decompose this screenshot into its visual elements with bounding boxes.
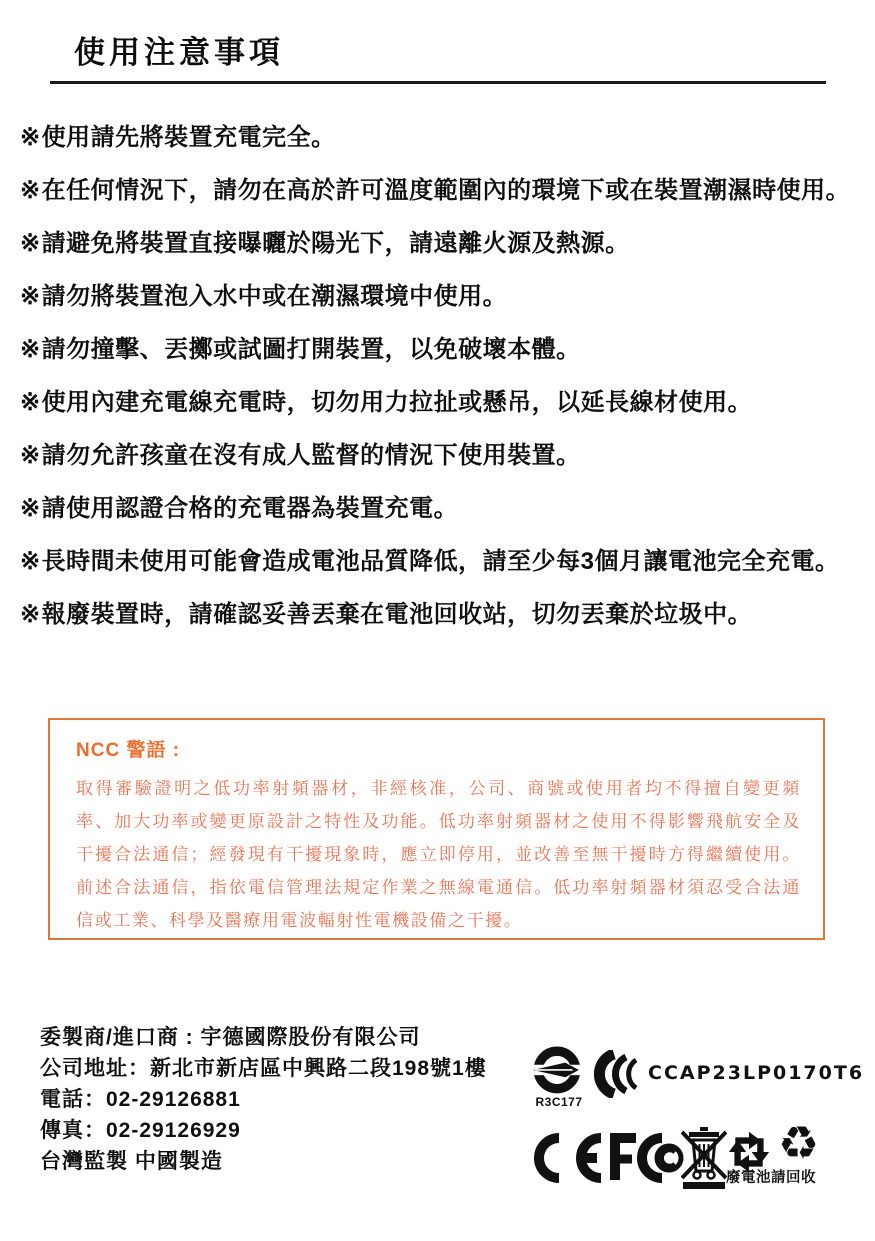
notice-text: 請使用認證合格的充電器為裝置充電。 bbox=[42, 495, 459, 522]
reference-mark: ※ bbox=[20, 548, 41, 575]
fax-line: 傳真：02-29126929 bbox=[40, 1115, 487, 1146]
address-line: 公司地址：新北市新店區中興路二段198號1樓 bbox=[40, 1053, 487, 1084]
notice-text: 請避免將裝置直接曝曬於陽光下，請遠離火源及熱源。 bbox=[42, 230, 630, 257]
notice-item: ※請使用認證合格的充電器為裝置充電。 bbox=[20, 482, 870, 535]
reference-mark: ※ bbox=[20, 230, 41, 257]
notice-item: ※請勿撞擊、丟擲或試圖打開裝置，以免破壞本體。 bbox=[20, 323, 870, 376]
ce-mark-icon bbox=[523, 1133, 605, 1183]
fcc-mark-icon bbox=[606, 1133, 686, 1183]
battery-recycle-label: 廢電池請回收 bbox=[726, 1166, 816, 1187]
ncc-mark-icon bbox=[594, 1050, 644, 1098]
bsmi-code: R3C177 bbox=[531, 1095, 587, 1109]
ncc-warning-heading: NCC 警語 : bbox=[76, 735, 801, 762]
ncc-warning-body: 取得審驗證明之低功率射頻器材，非經核准，公司、商號或使用者均不得擅自變更頻率、加… bbox=[76, 772, 801, 937]
notice-item: ※使用內建充電線充電時，切勿用力拉扯或懸吊，以延長線材使用。 bbox=[20, 376, 870, 429]
notice-item: ※長時間未使用可能會造成電池品質降低，請至少每3個月讓電池完全充電。 bbox=[20, 535, 870, 588]
notice-item: ※請勿允許孩童在沒有成人監督的情況下使用裝置。 bbox=[20, 429, 870, 482]
notice-text: 報廢裝置時，請確認妥善丟棄在電池回收站，切勿丟棄於垃圾中。 bbox=[42, 601, 753, 628]
notice-text: 使用內建充電線充電時，切勿用力拉扯或懸吊，以延長線材使用。 bbox=[42, 389, 753, 416]
reference-mark: ※ bbox=[20, 389, 41, 416]
notice-text: 使用請先將裝置充電完全。 bbox=[42, 124, 336, 151]
title-underline bbox=[50, 81, 826, 84]
notice-item: ※在任何情況下，請勿在高於許可溫度範圍內的環境下或在裝置潮濕時使用。 bbox=[20, 164, 870, 217]
page-title: 使用注意事項 bbox=[74, 27, 284, 72]
notice-text: 在任何情況下，請勿在高於許可溫度範圍內的環境下或在裝置潮濕時使用。 bbox=[42, 177, 851, 204]
notice-item: ※使用請先將裝置充電完全。 bbox=[20, 111, 870, 164]
reference-mark: ※ bbox=[20, 495, 41, 522]
manufacturer-info: 委製商/進口商 : 宇德國際股份有限公司 公司地址：新北市新店區中興路二段198… bbox=[40, 1022, 487, 1177]
notice-item: ※請避免將裝置直接曝曬於陽光下，請遠離火源及熱源。 bbox=[20, 217, 870, 270]
notice-item: ※請勿將裝置泡入水中或在潮濕環境中使用。 bbox=[20, 270, 870, 323]
recycling-icon: ♻ bbox=[778, 1120, 819, 1166]
notice-text: 請勿允許孩童在沒有成人監督的情況下使用裝置。 bbox=[42, 442, 581, 469]
manufacturer-line: 委製商/進口商 : 宇德國際股份有限公司 bbox=[40, 1022, 487, 1053]
reference-mark: ※ bbox=[20, 177, 41, 204]
ncc-certification-code: CCAP23LP0170T6 bbox=[648, 1062, 864, 1084]
bsmi-mark-icon bbox=[531, 1046, 587, 1096]
notice-text: 請勿將裝置泡入水中或在潮濕環境中使用。 bbox=[42, 283, 508, 310]
notice-text: 請勿撞擊、丟擲或試圖打開裝置，以免破壞本體。 bbox=[42, 336, 581, 363]
notice-text: 長時間未使用可能會造成電池品質降低，請至少每3個月讓電池完全充電。 bbox=[42, 548, 840, 575]
usage-notice-document: 使用注意事項 ※使用請先將裝置充電完全。 ※在任何情況下，請勿在高於許可溫度範圍… bbox=[0, 0, 875, 1241]
reference-mark: ※ bbox=[20, 336, 41, 363]
weee-bin-icon bbox=[681, 1126, 727, 1190]
reference-mark: ※ bbox=[20, 442, 41, 469]
notice-list: ※使用請先將裝置充電完全。 ※在任何情況下，請勿在高於許可溫度範圍內的環境下或在… bbox=[20, 111, 870, 641]
reference-mark: ※ bbox=[20, 124, 41, 151]
origin-line: 台灣監製 中國製造 bbox=[40, 1146, 487, 1177]
notice-item: ※報廢裝置時，請確認妥善丟棄在電池回收站，切勿丟棄於垃圾中。 bbox=[20, 588, 870, 641]
phone-line: 電話：02-29126881 bbox=[40, 1084, 487, 1115]
ncc-warning-box: NCC 警語 : 取得審驗證明之低功率射頻器材，非經核准，公司、商號或使用者均不… bbox=[48, 718, 825, 940]
reference-mark: ※ bbox=[20, 601, 41, 628]
bsmi-certification: R3C177 bbox=[531, 1046, 587, 1109]
reference-mark: ※ bbox=[20, 283, 41, 310]
